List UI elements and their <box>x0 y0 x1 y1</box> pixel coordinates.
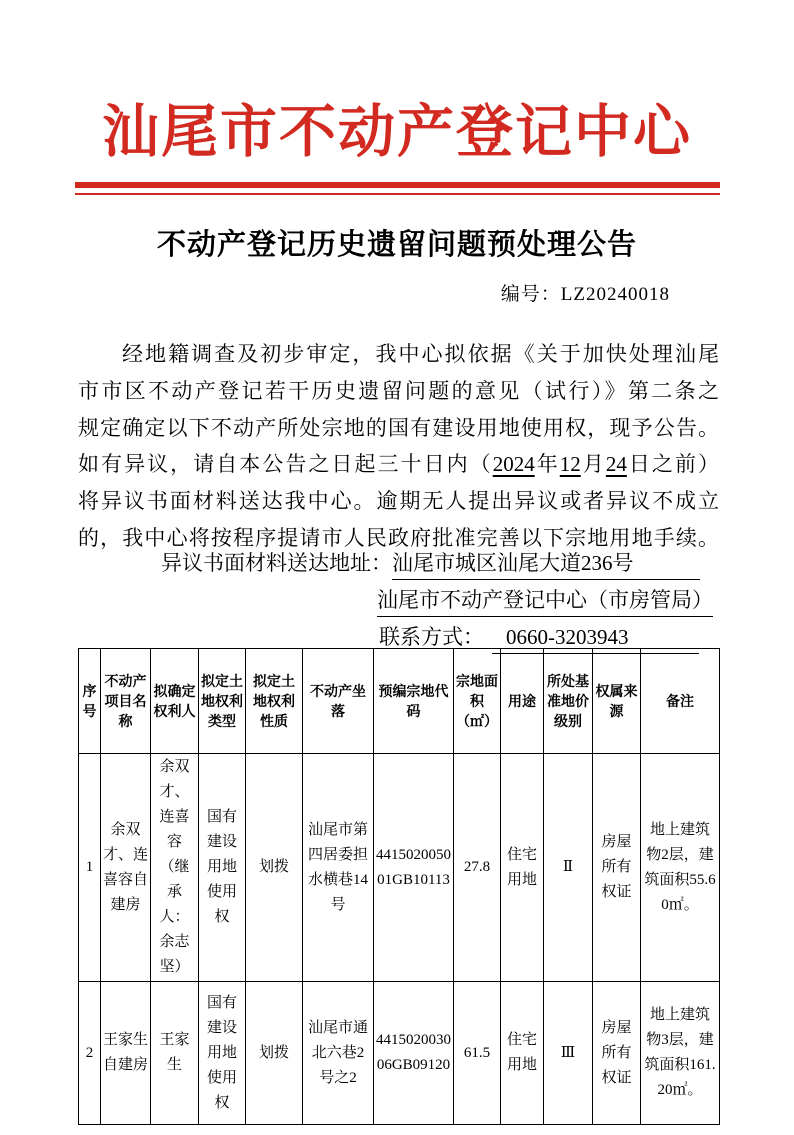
body-line: 将异议书面材料送达我中心。逾期无人提出异议或者异议不成立 <box>78 483 719 520</box>
table-cell: 地上建筑物2层，建筑面积55.60㎡。 <box>641 754 720 982</box>
table-cell: 441502003006GB09120 <box>374 982 454 1125</box>
body-text-segment: 将异议书面材料送达我中心。逾期无人提出异议或者异议不成立 <box>78 489 719 513</box>
column-header: 宗地面积（㎡） <box>454 649 501 754</box>
address-label: 异议书面材料送达地址： <box>161 551 392 575</box>
contact-block: 异议书面材料送达地址：汕尾市城区汕尾大道236号 汕尾市不动产登记中心（市房管局… <box>78 545 719 656</box>
body-line: 如有异议，请自本公告之日起三十日内（2024年12月24日之前） <box>78 446 719 483</box>
table-cell: 余双才、连喜容自建房 <box>101 754 151 982</box>
underlined-date-part: 12 <box>560 452 581 476</box>
table-cell: 住宅用地 <box>501 982 544 1125</box>
document-page: 汕尾市不动产登记中心 不动产登记历史遗留问题预处理公告 编号：LZ2024001… <box>0 0 794 1135</box>
notice-body: 经地籍调查及初步审定，我中心拟依据《关于加快处理汕尾市市区不动产登记若干历史遗留… <box>78 336 719 557</box>
column-header: 拟定土地权利性质 <box>246 649 303 754</box>
table-cell: 2 <box>79 982 101 1125</box>
body-text-segment: 市市区不动产登记若干历史遗留问题的意见（试行）》第二条之 <box>78 379 719 403</box>
column-header: 预编宗地代码 <box>374 649 454 754</box>
column-header: 拟确定权利人 <box>151 649 199 754</box>
column-header: 不动产项目名称 <box>101 649 151 754</box>
table-header-row: 序号不动产项目名称拟确定权利人拟定土地权利类型拟定土地权利性质不动产坐落预编宗地… <box>79 649 720 754</box>
body-text-segment: 月 <box>581 452 606 476</box>
table-cell: 王家生自建房 <box>101 982 151 1125</box>
table-body: 1余双才、连喜容自建房余双才、连喜容（继承人：余志坚）国有建设用地使用权划拨汕尾… <box>79 754 720 1125</box>
table-cell: Ⅱ <box>544 754 593 982</box>
column-header: 备注 <box>641 649 720 754</box>
table-cell: 余双才、连喜容（继承人：余志坚） <box>151 754 199 982</box>
table-row: 1余双才、连喜容自建房余双才、连喜容（继承人：余志坚）国有建设用地使用权划拨汕尾… <box>79 754 720 982</box>
doc-number-label: 编号： <box>501 284 561 305</box>
doc-number-value: LZ20240018 <box>561 284 670 305</box>
table-cell: 国有建设用地使用权 <box>199 982 246 1125</box>
table-row: 2王家生自建房王家生国有建设用地使用权划拨汕尾市通北六巷2号之244150200… <box>79 982 720 1125</box>
document-title: 不动产登记历史遗留问题预处理公告 <box>0 222 794 263</box>
table-cell: 汕尾市通北六巷2号之2 <box>303 982 374 1125</box>
body-text-segment: 规定确定以下不动产所处宗地的国有建设用地使用权，现予公告。 <box>78 416 719 440</box>
address-value-1: 汕尾市城区汕尾大道236号 <box>392 548 700 580</box>
table-cell: 1 <box>79 754 101 982</box>
column-header: 拟定土地权利类型 <box>199 649 246 754</box>
letterhead-title: 汕尾市不动产登记中心 <box>0 86 794 168</box>
body-line: 经地籍调查及初步审定，我中心拟依据《关于加快处理汕尾 <box>78 336 719 373</box>
column-header: 序号 <box>79 649 101 754</box>
table-cell: 住宅用地 <box>501 754 544 982</box>
table-cell: 房屋所有权证 <box>593 754 641 982</box>
underlined-date-part: 2024 <box>493 452 535 476</box>
table-cell: 国有建设用地使用权 <box>199 754 246 982</box>
divider-thin-line <box>75 193 720 195</box>
table-cell: 划拨 <box>246 982 303 1125</box>
column-header: 所处基准地价级别 <box>544 649 593 754</box>
letterhead-divider <box>75 182 720 195</box>
table-cell: 房屋所有权证 <box>593 982 641 1125</box>
contact-address-line-1: 异议书面材料送达地址：汕尾市城区汕尾大道236号 <box>78 545 719 582</box>
phone-label: 联系方式： <box>379 625 484 649</box>
column-header: 用途 <box>501 649 544 754</box>
divider-thick-line <box>75 182 720 188</box>
table-cell: 27.8 <box>454 754 501 982</box>
parcels-table: 序号不动产项目名称拟确定权利人拟定土地权利类型拟定土地权利性质不动产坐落预编宗地… <box>78 648 720 1125</box>
table-cell: 王家生 <box>151 982 199 1125</box>
underlined-date-part: 24 <box>606 452 627 476</box>
table-cell: 划拨 <box>246 754 303 982</box>
table-cell: Ⅲ <box>544 982 593 1125</box>
body-text-segment: 日之前） <box>627 452 719 476</box>
column-header: 不动产坐落 <box>303 649 374 754</box>
address-value-2: 汕尾市不动产登记中心（市房管局） <box>377 585 713 617</box>
body-text-segment: 经地籍调查及初步审定，我中心拟依据《关于加快处理汕尾 <box>122 342 719 366</box>
contact-address-line-2: 汕尾市不动产登记中心（市房管局） <box>78 582 719 619</box>
table-cell: 地上建筑物3层，建筑面积161.20㎡。 <box>641 982 720 1125</box>
body-line: 市市区不动产登记若干历史遗留问题的意见（试行）》第二条之 <box>78 373 719 410</box>
body-line: 规定确定以下不动产所处宗地的国有建设用地使用权，现予公告。 <box>78 410 719 447</box>
body-text-segment: 如有异议，请自本公告之日起三十日内（ <box>78 452 493 476</box>
body-text-segment: 年 <box>535 452 560 476</box>
table-cell: 441502005001GB10113 <box>374 754 454 982</box>
column-header: 权属来源 <box>593 649 641 754</box>
doc-number: 编号：LZ20240018 <box>501 279 670 306</box>
table-cell: 61.5 <box>454 982 501 1125</box>
table-cell: 汕尾市第四居委担水横巷14号 <box>303 754 374 982</box>
